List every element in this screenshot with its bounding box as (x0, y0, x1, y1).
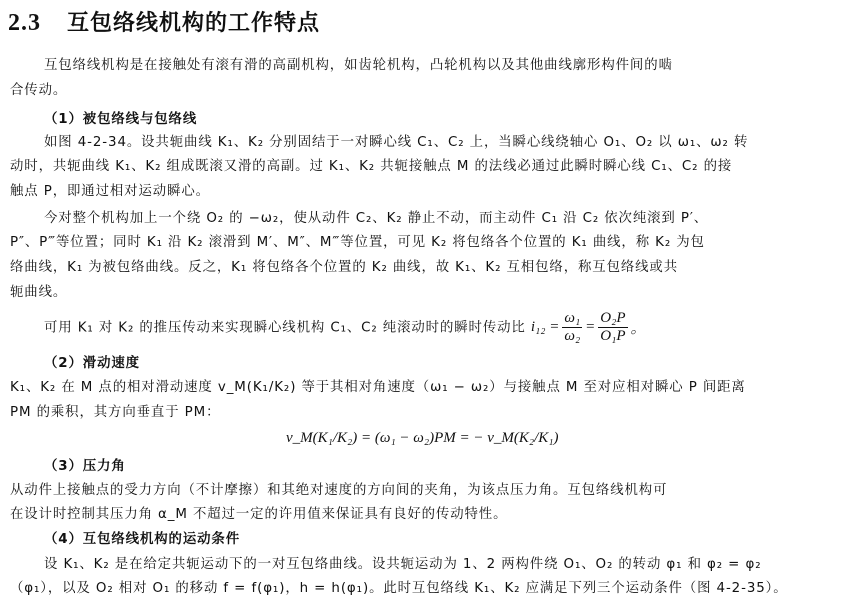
paragraph-line: 设 K₁、K₂ 是在给定共轭运动下的一对互包络曲线。设共轭运动为 1、2 两构件… (44, 553, 761, 572)
paragraph-text: 可用 K₁ 对 K₂ 的推压传动来实现瞬心线机构 C₁、C₂ 纯滚动时的瞬时传动… (44, 321, 531, 336)
section-number: 2.3 (8, 10, 41, 36)
paragraph-line: 如图 4-2-34。设共轭曲线 K₁、K₂ 分别固结于一对瞬心线 C₁、C₂ 上… (44, 131, 748, 150)
paragraph-line: 今对整个机构加上一个绕 O₂ 的 −ω₂，使从动件 C₂、K₂ 静止不动，而主动… (44, 207, 708, 226)
paragraph-line: （φ₁），以及 O₂ 相对 O₁ 的移动 f = f(φ₁)，h = h(φ₁)… (10, 577, 788, 596)
fraction-omega: ω₁ ω₂ (562, 310, 582, 345)
fraction-distance: O₂P O₁P (598, 310, 627, 345)
section-title-text: 互包络线机构的工作特点 (67, 11, 320, 36)
paragraph-line: P″、P‴等位置；同时 K₁ 沿 K₂ 滚滑到 M′、M″、M‴等位置，可见 K… (10, 231, 705, 250)
paragraph-line: 合传动。 (10, 79, 67, 98)
paragraph-line: 互包络线机构是在接触处有滚有滑的高副机构，如齿轮机构，凸轮机构以及其他曲线廓形构… (44, 54, 673, 73)
paragraph-line: 从动件上接触点的受力方向（不计摩擦）和其绝对速度的方向间的夹角，为该点压力角。互… (10, 479, 667, 498)
paragraph-line: 络曲线，K₁ 为被包络曲线。反之，K₁ 将包络各个位置的 K₂ 曲线，故 K₁、… (10, 256, 678, 275)
document-page: 2.3互包络线机构的工作特点 互包络线机构是在接触处有滚有滑的高副机构，如齿轮机… (0, 0, 848, 603)
fraction-denominator: ω₂ (564, 328, 580, 345)
fraction-numerator: ω₁ (562, 310, 582, 328)
paragraph-line: 在设计时控制其压力角 α_M 不超过一定的许用值来保证具有良好的传动特性。 (10, 503, 507, 522)
section-title: 2.3互包络线机构的工作特点 (8, 6, 320, 37)
subheading-2: （2）滑动速度 (44, 352, 140, 371)
fraction-denominator: O₁P (600, 328, 625, 345)
subheading-3: （3）压力角 (44, 455, 126, 474)
sliding-velocity-equation: v_M(K₁/K₂) = (ω₁ − ω₂)PM = − v_M(K₂/K₁) (286, 430, 559, 447)
formula-lhs: i₁₂ = (531, 319, 559, 336)
formula-end: 。 (631, 317, 646, 338)
paragraph-line: 轭曲线。 (10, 281, 67, 300)
fraction-numerator: O₂P (598, 310, 627, 328)
formula-equals: = (585, 319, 595, 336)
subheading-4: （4）互包络线机构的运动条件 (44, 528, 240, 547)
paragraph-line: K₁、K₂ 在 M 点的相对滑动速度 v_M(K₁/K₂) 等于其相对角速度（ω… (10, 376, 746, 395)
subheading-1: （1）被包络线与包络线 (44, 108, 197, 127)
transmission-ratio-formula: i₁₂ = ω₁ ω₂ = O₂P O₁P 。 (531, 310, 646, 345)
paragraph-line: 触点 P，即通过相对运动瞬心。 (10, 180, 210, 199)
paragraph-line: PM 的乘积，其方向垂直于 PM： (10, 401, 220, 420)
paragraph-line: 动时，共轭曲线 K₁、K₂ 组成既滚又滑的高副。过 K₁、K₂ 共轭接触点 M … (10, 155, 732, 174)
paragraph-line-with-formula: 可用 K₁ 对 K₂ 的推压传动来实现瞬心线机构 C₁、C₂ 纯滚动时的瞬时传动… (44, 310, 646, 345)
